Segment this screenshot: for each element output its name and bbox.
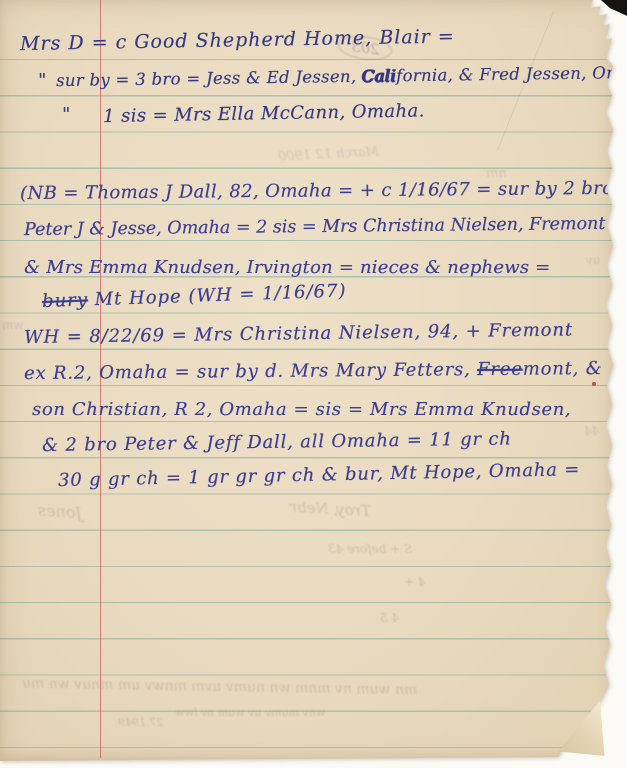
bleed-through-text: wnv mumv uv wum nv lww <box>175 706 325 719</box>
bleed-through-text: 4 5 <box>380 611 399 625</box>
ditto-mark: " <box>62 104 70 125</box>
line2-scribbled-word: Cali <box>362 66 396 85</box>
line9-pre: ex R.2, Omaha = sur by d. Mrs Mary Fette… <box>24 359 477 384</box>
line2-post: fornia, & Fred Jessen, Omaha <box>396 63 627 86</box>
scanned-notebook-page: 203 March 12 1900 nm uv wm 44 Jones Troy… <box>0 0 627 768</box>
bleed-through-text: Jones <box>37 500 82 522</box>
ditto-mark: " <box>38 70 46 91</box>
ruled-lines <box>0 24 620 764</box>
line7-struck-word: bury <box>42 289 89 312</box>
bleed-through-mark: 44 <box>584 424 599 438</box>
handwritten-line-10: son Christian, R 2, Omaha = sis = Mrs Em… <box>32 399 571 420</box>
bleed-through-text: 27 1949 <box>118 716 164 729</box>
line9-struck-word: Free <box>477 359 523 380</box>
bleed-through-text: 4 + <box>404 575 426 589</box>
bleed-through-mark: wm <box>2 318 24 332</box>
bleed-through-text: S + before 43 <box>328 542 412 556</box>
bleed-through-mark: uv <box>586 253 601 267</box>
paper-sheet: 203 March 12 1900 nm uv wm 44 Jones Troy… <box>0 0 620 764</box>
line9-post: mont, & <box>523 358 603 380</box>
red-ink-speck <box>592 382 596 386</box>
handwritten-line-6: & Mrs Emma Knudsen, Irvington = nieces &… <box>24 257 550 278</box>
paper-wrapper: 203 March 12 1900 nm uv wm 44 Jones Troy… <box>0 0 627 768</box>
